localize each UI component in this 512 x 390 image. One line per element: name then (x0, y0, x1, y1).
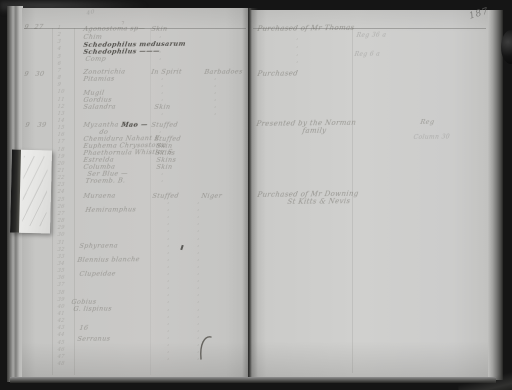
handwriting-entry: 30 (35, 70, 45, 78)
handwriting-entry: Pitamias (83, 75, 115, 83)
handwriting-entry: Niger (201, 192, 223, 200)
book-right-edge (488, 10, 503, 380)
handwriting-entry: Skin (151, 25, 168, 33)
handwriting-entry: 12 (57, 104, 65, 110)
handwriting-entry: Sphyraena (79, 242, 119, 250)
handwriting-entry: 9 (57, 82, 61, 88)
handwriting-entry: 28 (57, 218, 65, 224)
handwriting-entry: 22 (57, 175, 65, 181)
handwriting-entry: Reg 36 a (356, 32, 387, 39)
column-rule (74, 28, 75, 375)
handwriting-entry: In Spirit (151, 68, 183, 76)
handwriting-entry: Barbadoes (204, 68, 243, 76)
handwriting-entry: 23 (57, 182, 65, 188)
handwriting-entry: Reg 6 a (354, 51, 381, 58)
handwriting-entry: Stuffed (151, 121, 179, 129)
handwriting-entry: St Kitts & Nevis (287, 197, 351, 206)
handwriting-entry: 39 (57, 297, 65, 303)
handwriting-entry: 31 (57, 239, 65, 245)
handwriting-entry: 25 (57, 197, 65, 203)
pencil-curl-mark (194, 333, 216, 363)
handwriting-entry: 6 (57, 61, 61, 67)
handwriting-entry: 14 (57, 118, 65, 124)
handwriting-entry: 36 (57, 275, 65, 281)
handwriting-entry: 35 (57, 268, 65, 274)
handwriting-entry: 47 (57, 354, 65, 360)
column-rule (52, 28, 53, 375)
handwriting-entry: 41 (57, 311, 65, 317)
handwriting-entry: Purchased of Mr Thomas (257, 24, 355, 33)
handwriting-entry: 7 (57, 68, 61, 74)
handwriting-entry: Hemiramphus (85, 205, 137, 214)
handwriting-entry: 2 (57, 32, 61, 38)
handwriting-entry: 17 (57, 139, 65, 145)
handwriting-entry: Reg (420, 118, 435, 126)
handwriting-entry: 16 (79, 324, 89, 332)
handwriting-entry: Comp (85, 55, 107, 63)
handwriting-entry: 11 (57, 96, 65, 102)
handwriting-entry: 46 (57, 347, 65, 353)
handwriting-entry: 42 (57, 318, 65, 324)
handwriting-entry: 26 (57, 204, 65, 210)
handwriting-entry: Clupeidae (79, 270, 117, 278)
handwriting-entry: 44 (57, 332, 65, 338)
handwriting-entry: 19 (57, 154, 65, 160)
handwriting-entry: 43 (57, 325, 65, 331)
column-rule (352, 28, 353, 373)
handwriting-entry: family (302, 127, 327, 135)
column-rule (150, 28, 151, 375)
book-gutter (242, 8, 258, 379)
handwriting-entry: Skin (156, 163, 173, 171)
handwriting-entry: Troemb. B. (85, 177, 126, 185)
book-bottom-edge (10, 377, 496, 383)
handwriting-entry: 27 (34, 23, 44, 31)
handwriting-entry: 38 (57, 289, 65, 295)
handwriting-entry: Blennius blanche (77, 255, 141, 264)
handwriting-entry: 16 (57, 132, 65, 138)
handwriting-entry: Agonostoma sp— (83, 24, 146, 33)
white-paper-tag (10, 150, 52, 234)
handwriting-entry: 13 (57, 111, 65, 117)
handwriting-entry: 48 (57, 361, 65, 367)
handwriting-entry: 32 (57, 247, 65, 253)
handwriting-entry: Muraena (83, 192, 116, 200)
handwriting-entry: 4 (57, 46, 61, 52)
handwriting-entry: Salandra (83, 103, 117, 111)
ledger-photograph: 927Agonostoma sp—⁊SkinChim,Schedophilus … (0, 0, 512, 390)
handwriting-entry: 21 (57, 168, 65, 174)
handwriting-entry: 20 (57, 161, 65, 167)
handwriting-entry: 27 (57, 211, 65, 217)
handwriting-entry: 30 (57, 232, 65, 238)
handwriting-entry: 40 (57, 304, 65, 310)
handwriting-entry: 24 (57, 189, 65, 195)
handwriting-entry: 34 (57, 261, 65, 267)
handwriting-entry: 45 (57, 340, 65, 346)
cover-corner (457, 368, 512, 390)
handwriting-entry: 29 (57, 225, 65, 231)
handwriting-entry: Purchased (257, 70, 299, 78)
handwriting-entry: Serranus (77, 335, 111, 343)
handwriting-entry: 10 (57, 89, 65, 95)
handwriting-entry: 39 (37, 121, 47, 129)
handwriting-entry: 33 (57, 254, 65, 260)
handwriting-entry: 18 (57, 146, 65, 152)
handwriting-entry: Chim (83, 33, 103, 41)
handwriting-entry: Column 30 (413, 134, 450, 141)
handwriting-entry: Stuffed (152, 192, 180, 200)
handwriting-entry: G. lispinus (73, 305, 113, 313)
handwriting-entry: 15 (57, 125, 65, 131)
handwriting-entry: Mao — (121, 121, 148, 129)
handwriting-entry: 37 (57, 282, 65, 288)
